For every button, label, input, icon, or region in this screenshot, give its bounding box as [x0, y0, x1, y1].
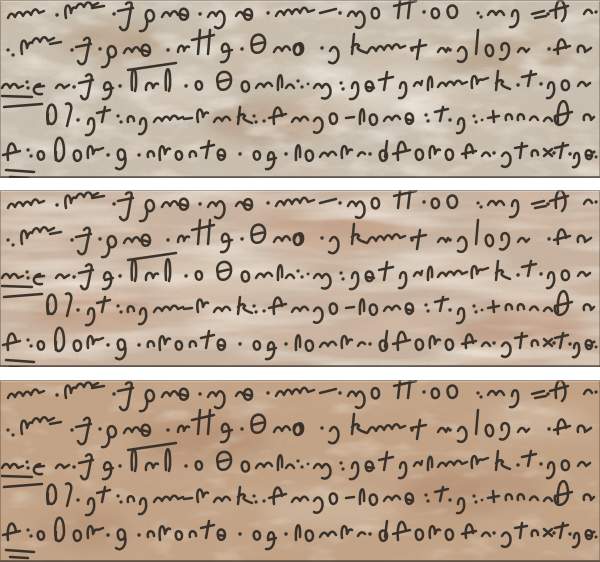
tile-2	[0, 181, 600, 368]
tile-3	[0, 371, 600, 562]
tile-product-photo	[0, 0, 600, 562]
tiles-photo-svg	[0, 0, 600, 562]
tile-1	[0, 0, 600, 178]
